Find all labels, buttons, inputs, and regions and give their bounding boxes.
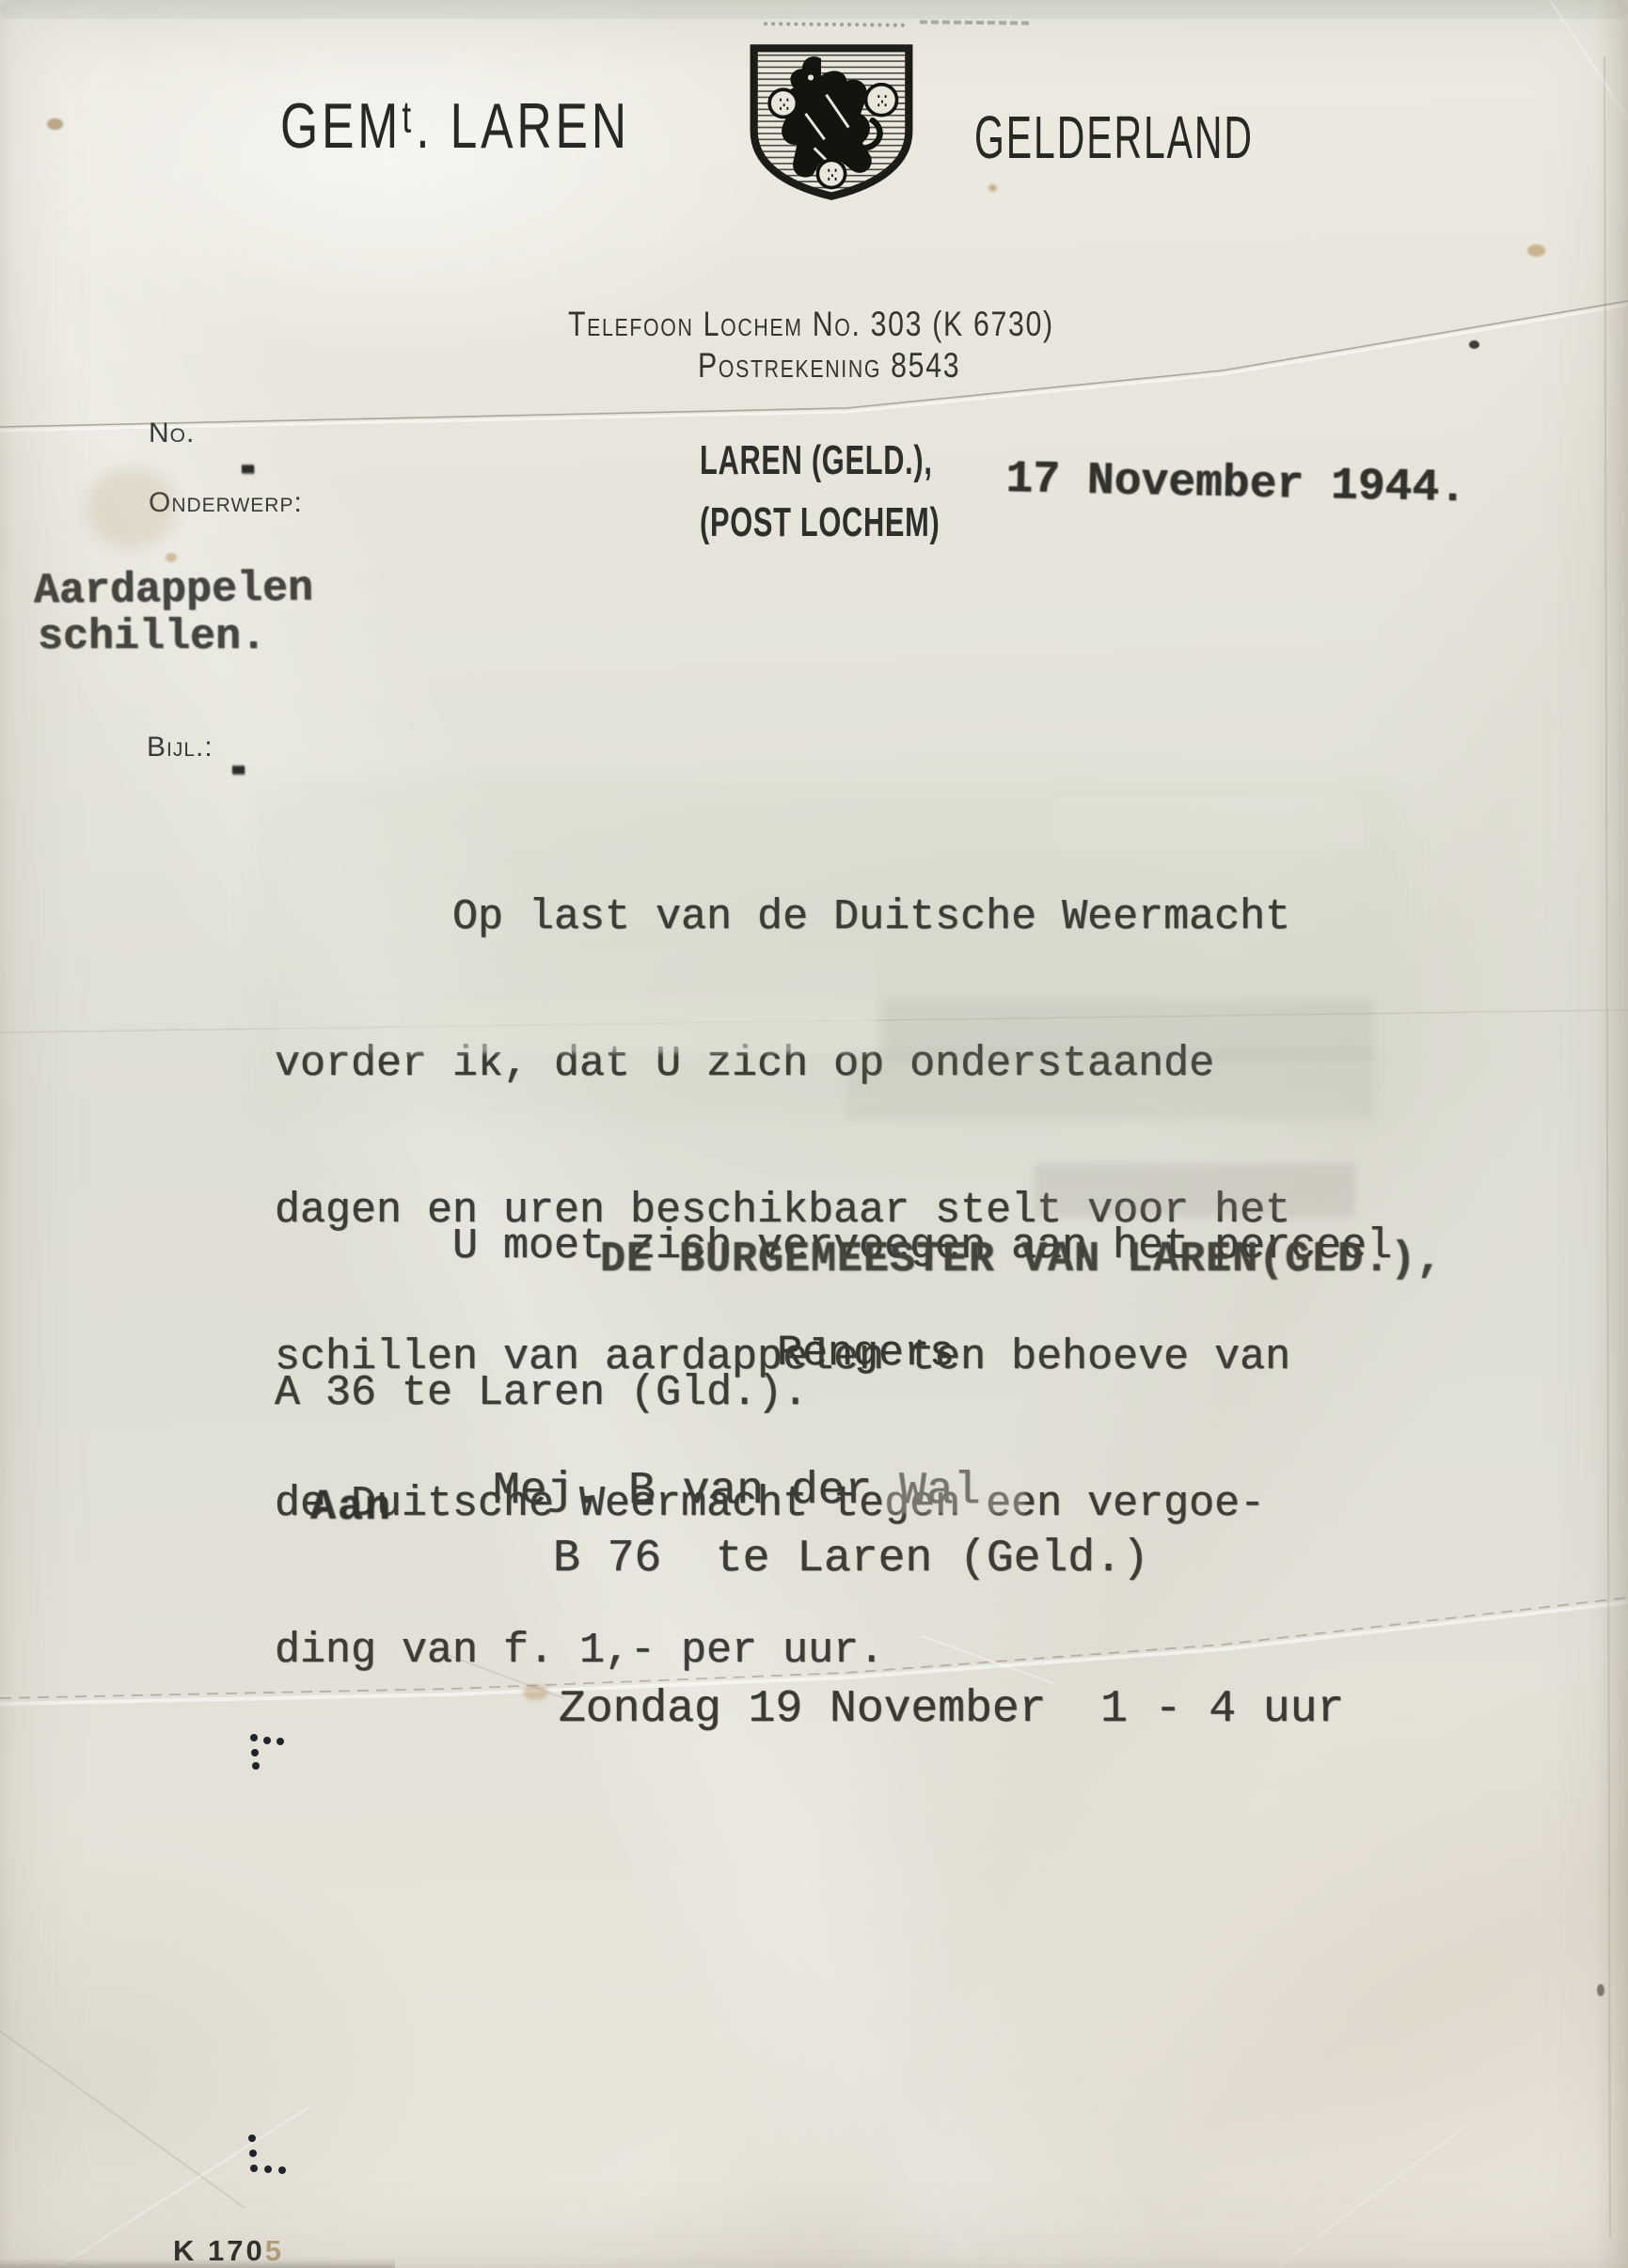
punch-marks-lower — [246, 2134, 290, 2180]
body-line: ding van f. 1,- per uur. — [275, 1627, 1290, 1676]
signature-name: Rengers — [777, 1330, 955, 1378]
scan-right-edge — [1596, 0, 1628, 2268]
dot — [250, 1734, 258, 1741]
addressee-label: Aan — [310, 1484, 392, 1533]
stain-spot — [1527, 244, 1545, 257]
scan-edge-marks — [764, 22, 905, 27]
form-code-faint-digit: 5 — [265, 2234, 284, 2267]
signature-title: DE BURGEMEESTER VAN LAREN(GLD.), — [600, 1236, 1443, 1284]
form-code-main: K 170 — [173, 2234, 265, 2267]
typed-date: 17 November 1944. — [1005, 455, 1467, 513]
body-paragraph-2: U moet zich vervoegen aan het perceel A … — [275, 1125, 1392, 1516]
stain-spot — [47, 118, 63, 130]
paper-edge-tint — [0, 0, 1628, 19]
addressee-address: B 76 te Laren (Geld.) — [553, 1535, 1149, 1583]
number-label: No. — [149, 417, 195, 449]
subject-label: Onderwerp: — [149, 487, 303, 519]
enclosures-value-dash: - — [226, 732, 251, 810]
phone-line: Telefoon Lochem No. 303 (K 6730) — [568, 305, 1054, 344]
dot — [278, 2166, 286, 2174]
dot — [264, 2166, 272, 2173]
ink-fleck — [1597, 1984, 1604, 1996]
enclosures-label: Bijl.: — [147, 732, 213, 764]
typed-subject-line-1: Aardappelen — [34, 564, 314, 616]
addressee-name: Mej. B van der Wal — [493, 1467, 980, 1516]
scanned-letter: GEMᵗ. LAREN GELDERLAND Telefoon Lochem N… — [0, 0, 1628, 2268]
dot — [249, 2150, 257, 2157]
dot — [263, 1737, 271, 1744]
body-line: Op last van de Duitsche Weermacht — [275, 893, 1290, 942]
typed-subject-line-2: schillen. — [38, 613, 266, 662]
ink-fleck — [1469, 340, 1479, 349]
schedule-line: Zondag 19 November 1 - 4 uur — [559, 1685, 1344, 1734]
dot — [250, 2165, 258, 2172]
body-line: vorder ik, dat U zich op onderstaande — [275, 1040, 1290, 1089]
coat-of-arms-icon — [745, 41, 918, 203]
place-line-2: (POST LOCHEM) — [700, 502, 940, 543]
giro-line: Postrekening 8543 — [698, 346, 960, 386]
form-code: K 1705 — [173, 2234, 284, 2268]
dot — [251, 1749, 259, 1756]
municipality-title: GEMᵗ. LAREN — [280, 94, 630, 158]
stain-spot — [166, 553, 177, 562]
province-title: GELDERLAND — [974, 107, 1254, 167]
dot — [248, 2134, 256, 2142]
dot — [252, 1762, 260, 1770]
place-line-1: LAREN (GELD.), — [700, 440, 933, 481]
scan-edge-marks — [920, 20, 1029, 24]
stain-spot — [988, 184, 997, 192]
